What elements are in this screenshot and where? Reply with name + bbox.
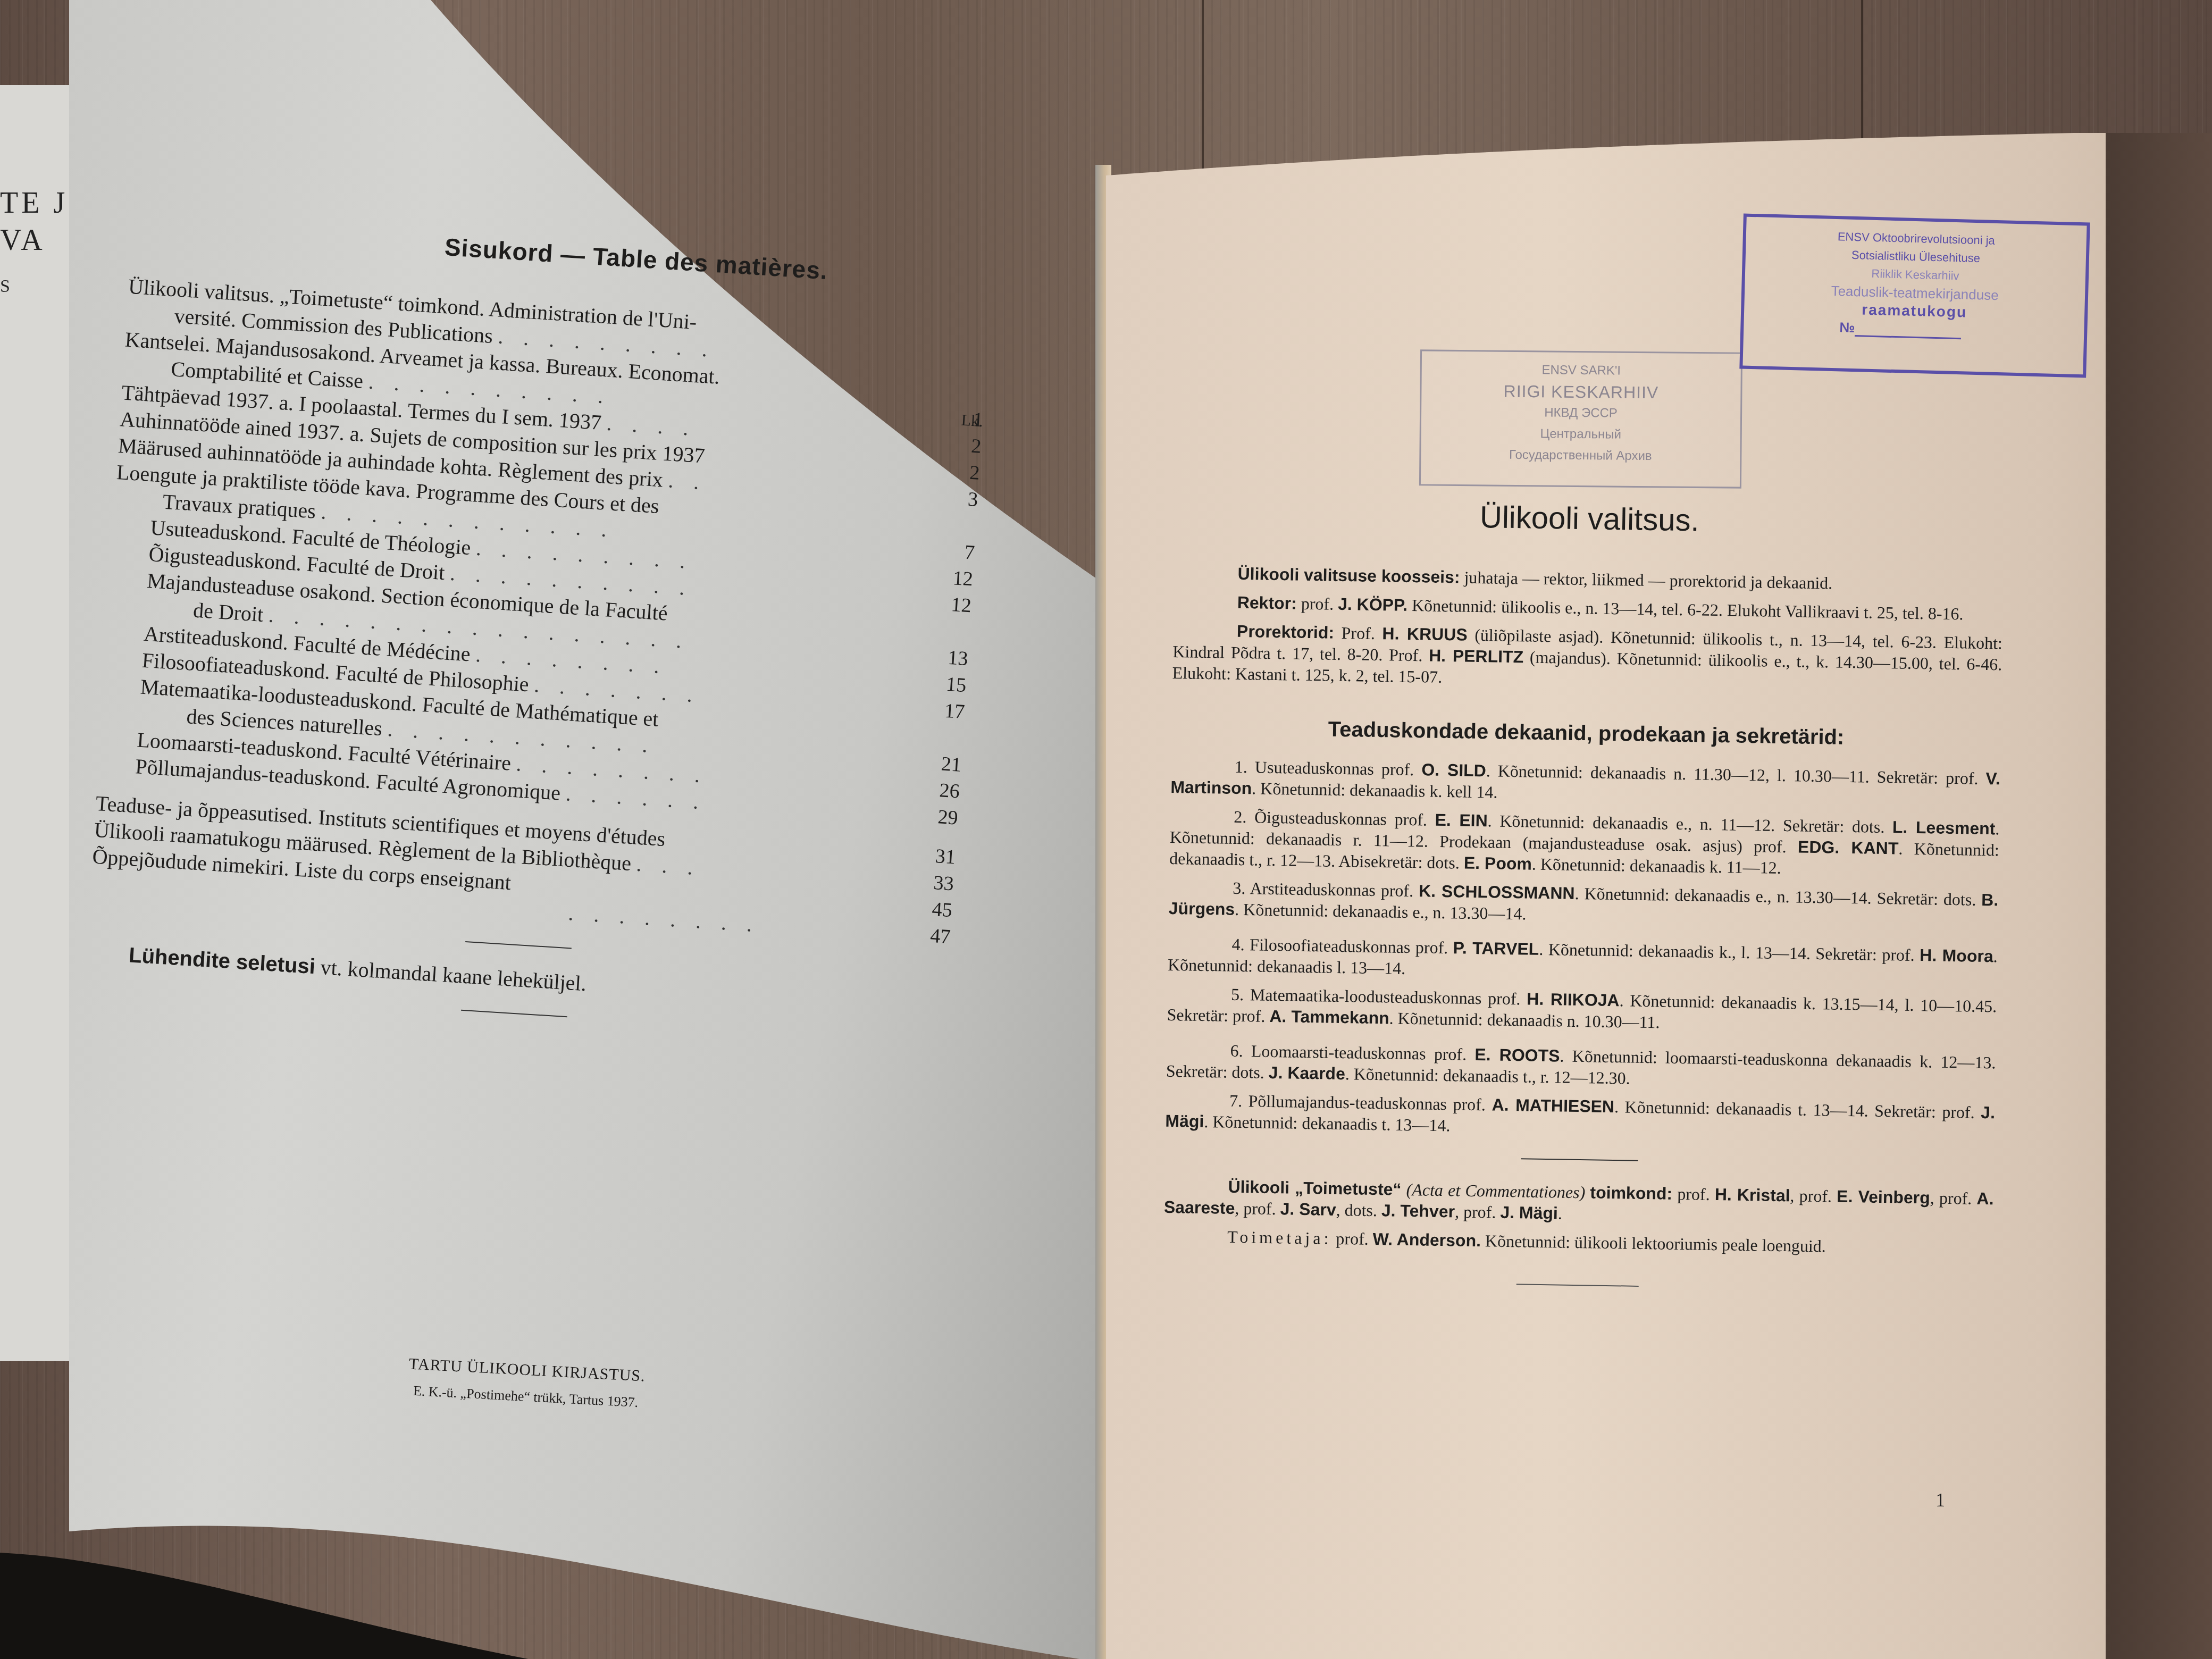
toc-page-number: 3	[967, 486, 979, 513]
dean-entry: 2. Õigusteaduskonnas prof. E. EIN. Kõnet…	[1169, 805, 2000, 882]
toc-page-number: 12	[950, 591, 972, 619]
archive-stamp: ENSV SARK'I RIIGI KESKARHIIV НКВД ЭССР Ц…	[1419, 349, 1742, 488]
page-number: 1	[1935, 1489, 1945, 1511]
dean-entry: 4. Filosoofiateaduskonnas prof. P. TARVE…	[1168, 933, 1998, 988]
toc-page-number: 45	[931, 896, 953, 924]
administration-page: Ülikooli valitsus. Ülikooli valitsuse ko…	[1163, 495, 2005, 1292]
dean-entry: 3. Arstiteaduskonnas prof. K. SCHLOSSMAN…	[1168, 876, 1998, 932]
dean-entry: 6. Loomaarsti-teaduskonnas prof. E. ROOT…	[1166, 1039, 1996, 1094]
previous-page-fragment: S	[0, 276, 10, 297]
toc-page-number: 17	[944, 698, 966, 725]
table-of-contents: Sisukord — Table des matières. Lk. Üliko…	[83, 213, 993, 1062]
editor-paragraph: Toimetaja: prof. W. Anderson. Kõnetunnid…	[1163, 1225, 1993, 1259]
publications-committee: Ülikooli „Toimetuste“ (Acta et Commentat…	[1164, 1175, 1994, 1230]
library-stamp: ENSV Oktoobrirevolutsiooni ja Sotsialist…	[1739, 214, 2090, 378]
dean-entry: 1. Usuteaduskonnas prof. O. SILD. Kõnetu…	[1170, 755, 2000, 810]
toc-page-number: 7	[963, 539, 975, 566]
previous-page-fragment: TE J	[0, 186, 68, 220]
composition-paragraph: Ülikooli valitsuse koosseis: juhataja — …	[1174, 562, 2003, 596]
dean-entry: 7. Põllumajandus-teaduskonnas prof. A. M…	[1165, 1089, 1995, 1144]
toc-page-number: 31	[934, 843, 956, 870]
toc-page-number: 2	[969, 459, 981, 487]
toc-page-number: 13	[947, 644, 969, 672]
toc-page-number: 21	[940, 751, 962, 778]
toc-page-number: 2	[970, 433, 982, 460]
dean-entry: 5. Matemaatika-loodusteaduskonnas prof. …	[1167, 983, 1997, 1038]
divider	[465, 941, 572, 949]
toc-page-number: 26	[939, 777, 960, 805]
toc-page-number: 29	[937, 803, 959, 831]
prorectors-paragraph: Prorektorid: Prof. H. KRUUS (üliõpilaste…	[1172, 619, 2002, 696]
previous-page-fragment: VA	[0, 223, 46, 257]
rector-paragraph: Rektor: prof. J. KÖPP. Kõnetunnid: üliko…	[1174, 591, 2003, 625]
previous-page-edge: TE J VA S	[0, 85, 81, 1361]
toc-page-number: 47	[929, 923, 951, 950]
toc-page-number: 12	[952, 565, 974, 592]
abbreviation-note: Lühendite seletusi vt. kolmandal kaane l…	[128, 942, 947, 1019]
toc-page-number: 33	[933, 869, 954, 897]
toc-page-number: 1	[972, 406, 984, 433]
divider	[1521, 1158, 1638, 1161]
divider	[461, 1010, 567, 1018]
section-heading: Teaduskondade dekaanid, prodekaan ja sek…	[1171, 715, 2001, 752]
table-edge	[2106, 133, 2212, 1659]
toc-page-number: 15	[945, 671, 967, 699]
